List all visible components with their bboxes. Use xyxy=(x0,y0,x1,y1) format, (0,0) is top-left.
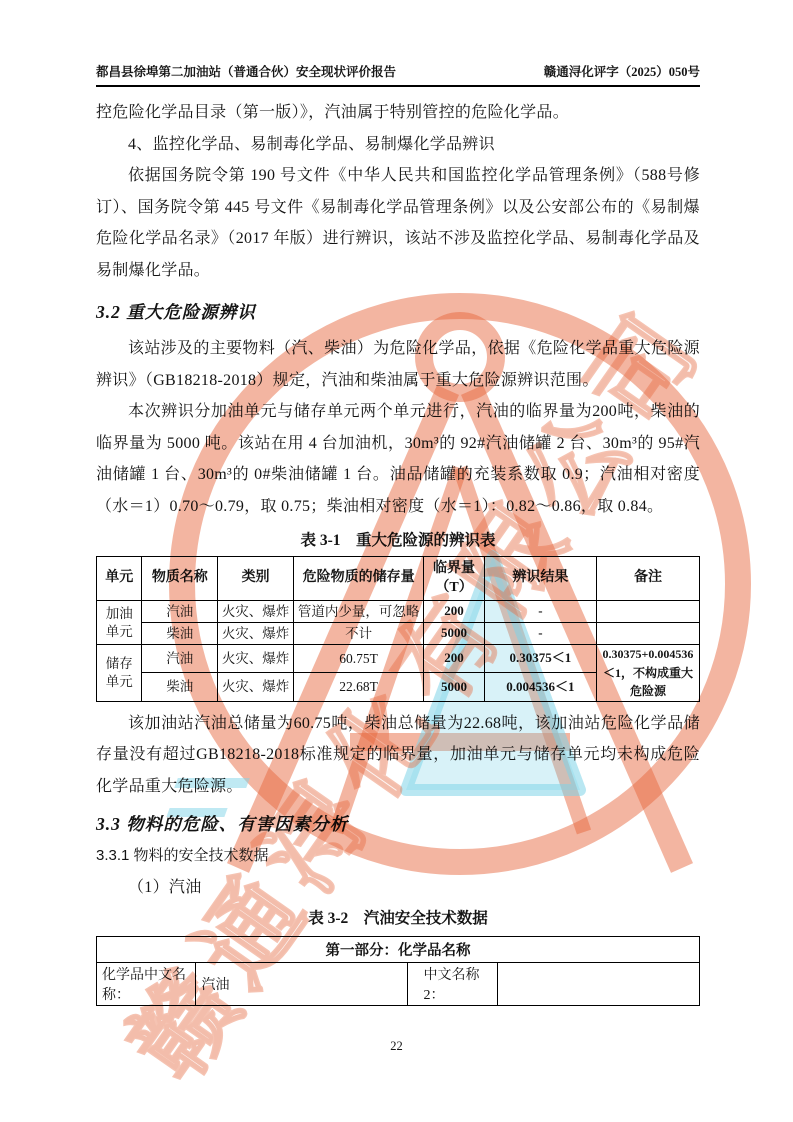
header-doc-number: 赣通浔化评字（2025）050号 xyxy=(544,62,700,80)
cell-category: 火灾、爆炸 xyxy=(218,623,294,645)
table-header-row: 单元 物质名称 类别 危险物质的储存量 临界量（T） 辨识结果 备注 xyxy=(97,557,700,601)
table-3-2-caption: 表 3-2 汽油安全技术数据 xyxy=(96,907,700,931)
cell-storage: 不计 xyxy=(293,623,423,645)
cell-result: 0.004536＜1 xyxy=(484,673,596,701)
cell-material: 柴油 xyxy=(142,623,218,645)
cell-category: 火灾、爆炸 xyxy=(218,645,294,673)
table-row: 储存单元 汽油 火灾、爆炸 60.75T 200 0.30375＜1 0.303… xyxy=(97,645,700,673)
cell-threshold: 200 xyxy=(424,645,485,673)
section-3-3-heading: 3.3 物料的危险、有害因素分析 xyxy=(96,811,700,837)
cell-storage: 管道内少量，可忽略 xyxy=(293,601,423,623)
cell-result: 0.30375＜1 xyxy=(484,645,596,673)
cell-unit: 加油单元 xyxy=(97,601,142,645)
cell-cn-name2-value xyxy=(497,962,699,1005)
hazard-identification-table: 单元 物质名称 类别 危险物质的储存量 临界量（T） 辨识结果 备注 加油单元 … xyxy=(96,556,700,702)
cell-category: 火灾、爆炸 xyxy=(218,673,294,701)
col-header-material: 物质名称 xyxy=(142,557,218,601)
item-1-gasoline-label: （1）汽油 xyxy=(96,872,700,904)
report-page: 赣通浔化有限公司 都昌县徐埠第二加油站（普通合伙）安全现状评价报告 赣通浔化评字… xyxy=(0,0,793,1122)
table-part-header-row: 第一部分：化学品名称 xyxy=(97,936,700,962)
page-header: 都昌县徐埠第二加油站（普通合伙）安全现状评价报告 赣通浔化评字（2025）050… xyxy=(96,62,700,87)
col-header-unit: 单元 xyxy=(97,557,142,601)
cell-material: 汽油 xyxy=(142,601,218,623)
cell-cn-name-label: 化学品中文名称： xyxy=(97,962,196,1005)
gasoline-safety-data-table: 第一部分：化学品名称 化学品中文名称： 汽油 中文名称 2： xyxy=(96,936,700,1006)
paragraph-carryover: 控危险化学品目录（第一版）》，汽油属于特别管控的危险化学品。 xyxy=(96,97,700,129)
item-4-title: 4、监控化学品、易制毒化学品、易制爆化学品辨识 xyxy=(96,129,700,161)
document-body: 控危险化学品目录（第一版）》，汽油属于特别管控的危险化学品。 4、监控化学品、易… xyxy=(96,97,700,1006)
cell-result: - xyxy=(484,601,596,623)
cell-cn-name2-label: 中文名称 2： xyxy=(407,962,497,1005)
col-header-threshold: 临界量（T） xyxy=(424,557,485,601)
cell-threshold: 5000 xyxy=(424,673,485,701)
cell-note xyxy=(596,601,699,623)
col-header-storage: 危险物质的储存量 xyxy=(293,557,423,601)
cell-note: 0.30375+0.004536＜1，不构成重大危险源 xyxy=(596,645,699,702)
cell-storage: 60.75T xyxy=(293,645,423,673)
cell-material: 柴油 xyxy=(142,673,218,701)
cell-threshold: 200 xyxy=(424,601,485,623)
cell-cn-name-value: 汽油 xyxy=(196,962,407,1005)
table-row: 化学品中文名称： 汽油 中文名称 2： xyxy=(97,962,700,1005)
cell-unit: 储存单元 xyxy=(97,645,142,702)
cell-threshold: 5000 xyxy=(424,623,485,645)
table-row: 柴油 火灾、爆炸 不计 5000 - xyxy=(97,623,700,645)
section-3-2-heading: 3.2 重大危险源辨识 xyxy=(96,299,700,325)
section-3-2-paragraph-1: 该站涉及的主要物料（汽、柴油）为危险化学品，依据《危险化学品重大危险源辨识》（G… xyxy=(96,333,700,396)
col-header-result: 辨识结果 xyxy=(484,557,596,601)
section-3-3-1-heading: 3.3.1 物料的安全技术数据 xyxy=(96,844,700,868)
table-row: 加油单元 汽油 火灾、爆炸 管道内少量，可忽略 200 - xyxy=(97,601,700,623)
cell-category: 火灾、爆炸 xyxy=(218,601,294,623)
cell-storage: 22.68T xyxy=(293,673,423,701)
page-number: 22 xyxy=(0,1039,793,1054)
cell-note xyxy=(596,623,699,645)
header-report-title: 都昌县徐埠第二加油站（普通合伙）安全现状评价报告 xyxy=(96,62,396,80)
item-4-paragraph: 依据国务院令第 190 号文件《中华人民共和国监控化学品管理条例》（588号修订… xyxy=(96,160,700,286)
section-3-2-paragraph-2: 本次辨识分加油单元与储存单元两个单元进行，汽油的临界量为200吨，柴油的临界量为… xyxy=(96,396,700,522)
cell-material: 汽油 xyxy=(142,645,218,673)
part1-header: 第一部分：化学品名称 xyxy=(97,936,700,962)
after-table-paragraph: 该加油站汽油总储量为60.75吨，柴油总储量为22.68吨，该加油站危险化学品储… xyxy=(96,708,700,803)
cell-result: - xyxy=(484,623,596,645)
table-3-1-caption: 表 3-1 重大危险源的辨识表 xyxy=(96,530,700,552)
col-header-note: 备注 xyxy=(596,557,699,601)
col-header-category: 类别 xyxy=(218,557,294,601)
